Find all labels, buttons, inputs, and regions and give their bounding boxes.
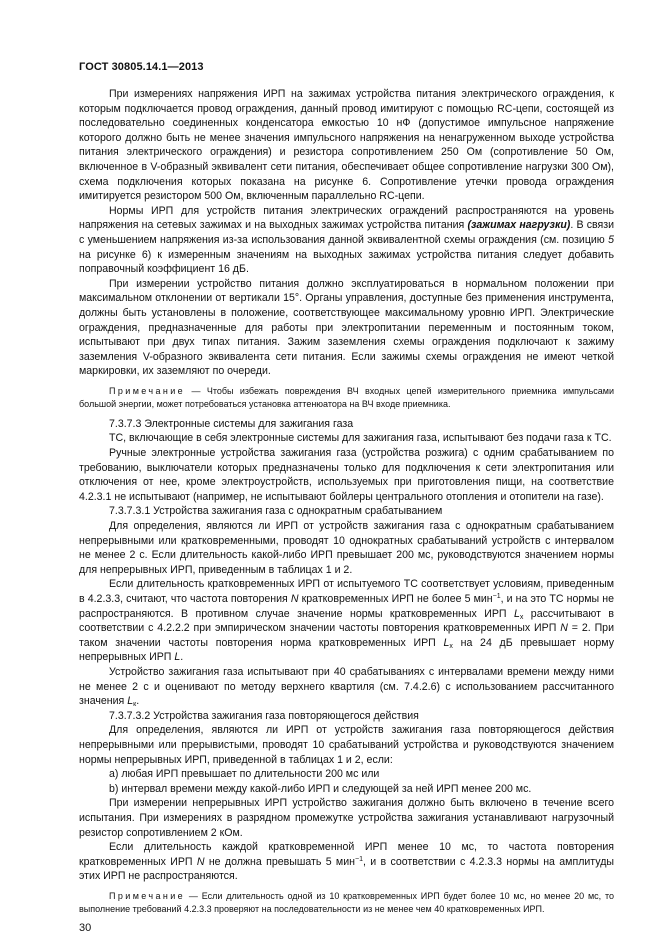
section-heading-7-3-7-3-2: 7.3.7.3.2 Устройства зажигания газа повт… [79,709,614,724]
text-span: . [136,695,139,707]
position-number: 5 [608,234,614,246]
superscript: −1 [493,593,501,600]
paragraph-fence-voltage: При измерениях напряжения ИРП на зажимах… [79,87,614,204]
paragraph-manual-ignition: Ручные электронные устройства зажигания … [79,446,614,504]
section-heading-7-3-7-3-1: 7.3.7.3.1 Устройства зажигания газа с од… [79,504,614,519]
list-item-b: b) интервал времени между какой-либо ИРП… [79,782,614,797]
paragraph-quartile-method: Устройство зажигания газа испытывают при… [79,665,614,709]
symbol-n: N [291,593,299,605]
superscript: −1 [355,856,363,863]
note-hf-protection: Примечание — Чтобы избежать повреждения … [79,385,614,411]
paragraph-continuous-measurement: При измерении непрерывных ИРП устройство… [79,796,614,840]
text-span: не должна превышать 5 мин [205,856,355,868]
standard-header: ГОСТ 30805.14.1—2013 [79,60,614,74]
text-span: Устройство зажигания газа испытывают при… [79,666,614,707]
emphasis-load-terminals: (зажимах нагрузки) [467,219,570,231]
text-span: на рисунке 6) к измеренным значениям на … [79,249,614,276]
text-span: . [180,651,183,663]
paragraph-gas-ignition-intro: ТС, включающие в себя электронные систем… [79,431,614,446]
note-sequence-check: Примечание — Если длительность одной из … [79,890,614,916]
document-page: ГОСТ 30805.14.1—2013 При измерениях напр… [79,60,614,934]
section-heading-7-3-7-3: 7.3.7.3 Электронные системы для зажигани… [79,417,614,432]
paragraph-short-disturbance-frequency: Если длительность кратковременных ИРП от… [79,577,614,665]
paragraph-repetitive-definition: Для определения, являются ли ИРП от устр… [79,723,614,767]
paragraph-measurement-position: При измерении устройство питания должно … [79,277,614,379]
list-item-a: a) любая ИРП превышает по длительности 2… [79,767,614,782]
paragraph-single-shot-definition: Для определения, являются ли ИРП от устр… [79,519,614,577]
symbol-n: N [197,856,205,868]
note-label: Примечание [109,891,185,901]
symbol-n: N [560,622,568,634]
page-number: 30 [79,922,614,934]
paragraph-repetition-limit: Если длительность каждой кратковременной… [79,840,614,884]
note-label: Примечание [109,386,185,396]
paragraph-fence-norms: Нормы ИРП для устройств питания электрич… [79,204,614,277]
text-span: кратковременных ИРП не более 5 мин [299,593,493,605]
